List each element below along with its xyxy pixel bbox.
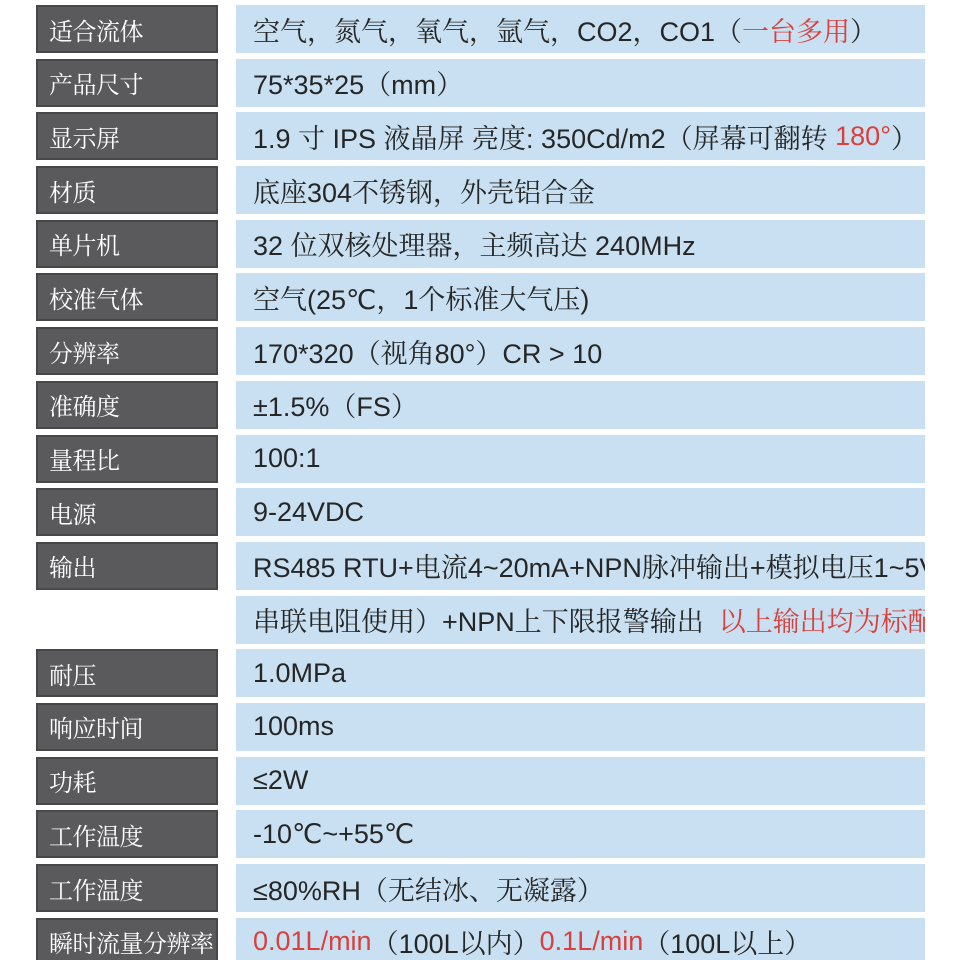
spec-value: 100ms (236, 703, 925, 751)
spec-label: 量程比 (36, 435, 218, 483)
spec-label: 工作温度 (36, 864, 218, 912)
value-segment-highlight: 180° (835, 121, 891, 152)
spec-row: 准确度±1.5%（FS） (36, 381, 925, 429)
spec-value: 1.0MPa (236, 649, 925, 697)
value-segment: 100:1 (253, 443, 321, 474)
value-segment: 底座304不锈钢，外壳铝合金 (253, 171, 595, 210)
value-segment: -10℃~+55℃ (253, 819, 414, 850)
value-segment: 空气，氮气，氧气，氩气，CO2，CO1（ (253, 10, 742, 49)
value-segment: RS485 RTU+电流4~20mA+NPN脉冲输出+模拟电压1~5VDC（需 (253, 546, 925, 585)
spec-table: 适合流体空气，氮气，氧气，氩气，CO2，CO1（一台多用）产品尺寸75*35*2… (36, 5, 925, 960)
spec-row: 瞬时流量分辨率0.01L/min（100L以内）0.1L/min（100L以上） (36, 918, 925, 960)
value-segment-highlight: 以上输出均为标配 (719, 600, 925, 639)
spec-value: 0.01L/min（100L以内）0.1L/min（100L以上） (236, 918, 925, 960)
spec-row: 分辨率170*320（视角80°）CR > 10 (36, 327, 925, 375)
value-segment-highlight: 一台多用 (742, 10, 850, 49)
value-segment: 75*35*25（mm） (253, 63, 463, 102)
value-segment: ≤80%RH（无结冰、无凝露） (253, 869, 604, 908)
spec-value: RS485 RTU+电流4~20mA+NPN脉冲输出+模拟电压1~5VDC（需 (236, 542, 925, 590)
spec-label: 耐压 (36, 649, 218, 697)
spec-row: 适合流体空气，氮气，氧气，氩气，CO2，CO1（一台多用） (36, 5, 925, 53)
value-segment: ≤2W (253, 765, 308, 796)
spec-label: 电源 (36, 488, 218, 536)
spec-value: 空气(25℃，1个标准大气压) (236, 273, 925, 321)
spec-label: 瞬时流量分辨率 (36, 918, 218, 960)
value-segment: （100L以内） (372, 922, 540, 960)
value-segment: 170*320（视角80°）CR > 10 (253, 332, 602, 371)
value-segment-highlight: 0.1L/min (540, 926, 644, 957)
value-segment: 32 位双核处理器，主频高达 240MHz (253, 224, 696, 263)
spec-row: 功耗≤2W (36, 757, 925, 805)
value-segment: 1.0MPa (253, 658, 346, 689)
spec-value: ±1.5%（FS） (236, 381, 925, 429)
value-segment: （100L以上） (643, 922, 811, 960)
value-segment: ） (850, 10, 877, 49)
spec-row: 材质底座304不锈钢，外壳铝合金 (36, 166, 925, 214)
spec-value: 32 位双核处理器，主频高达 240MHz (236, 220, 925, 268)
spec-row: 量程比100:1 (36, 435, 925, 483)
spec-row: 工作温度-10℃~+55℃ (36, 810, 925, 858)
spec-row: 输出RS485 RTU+电流4~20mA+NPN脉冲输出+模拟电压1~5VDC（… (36, 542, 925, 590)
spec-label: 产品尺寸 (36, 59, 218, 107)
value-segment: 1.9 寸 IPS 液晶屏 亮度: 350Cd/m2（屏幕可翻转 (253, 117, 835, 156)
spec-row: 产品尺寸75*35*25（mm） (36, 59, 925, 107)
value-segment: ±1.5%（FS） (253, 385, 418, 424)
spec-row: 校准气体空气(25℃，1个标准大气压) (36, 273, 925, 321)
spec-label: 输出 (36, 542, 218, 590)
spec-row: 响应时间100ms (36, 703, 925, 751)
spec-row: 串联电阻使用）+NPN上下限报警输出 以上输出均为标配 (36, 596, 925, 644)
spec-row: 显示屏1.9 寸 IPS 液晶屏 亮度: 350Cd/m2（屏幕可翻转 180°… (36, 112, 925, 160)
value-segment: 串联电阻使用）+NPN上下限报警输出 (253, 600, 719, 639)
spec-value: ≤80%RH（无结冰、无凝露） (236, 864, 925, 912)
value-segment: 空气(25℃，1个标准大气压) (253, 278, 589, 317)
spec-label: 分辨率 (36, 327, 218, 375)
spec-sheet-page: 适合流体空气，氮气，氧气，氩气，CO2，CO1（一台多用）产品尺寸75*35*2… (0, 0, 960, 960)
value-segment: 9-24VDC (253, 497, 364, 528)
spec-row: 工作温度≤80%RH（无结冰、无凝露） (36, 864, 925, 912)
spec-label: 响应时间 (36, 703, 218, 751)
spec-label: 显示屏 (36, 112, 218, 160)
spec-value: 1.9 寸 IPS 液晶屏 亮度: 350Cd/m2（屏幕可翻转 180°） (236, 112, 925, 160)
spec-value: ≤2W (236, 757, 925, 805)
spec-row: 耐压1.0MPa (36, 649, 925, 697)
spec-label: 工作温度 (36, 810, 218, 858)
spec-value: 75*35*25（mm） (236, 59, 925, 107)
spec-label: 功耗 (36, 757, 218, 805)
spec-value: 底座304不锈钢，外壳铝合金 (236, 166, 925, 214)
value-segment-highlight: 0.01L/min (253, 926, 372, 957)
spec-label: 准确度 (36, 381, 218, 429)
spec-row: 单片机32 位双核处理器，主频高达 240MHz (36, 220, 925, 268)
value-segment: ） (891, 117, 918, 156)
spec-label: 校准气体 (36, 273, 218, 321)
spec-value: 空气，氮气，氧气，氩气，CO2，CO1（一台多用） (236, 5, 925, 53)
spec-value: 串联电阻使用）+NPN上下限报警输出 以上输出均为标配 (236, 596, 925, 644)
spec-value: 9-24VDC (236, 488, 925, 536)
spec-value: 170*320（视角80°）CR > 10 (236, 327, 925, 375)
spec-row: 电源9-24VDC (36, 488, 925, 536)
spec-value: 100:1 (236, 435, 925, 483)
spec-label: 单片机 (36, 220, 218, 268)
spec-label: 适合流体 (36, 5, 218, 53)
spec-value: -10℃~+55℃ (236, 810, 925, 858)
value-segment: 100ms (253, 711, 334, 742)
spec-label: 材质 (36, 166, 218, 214)
